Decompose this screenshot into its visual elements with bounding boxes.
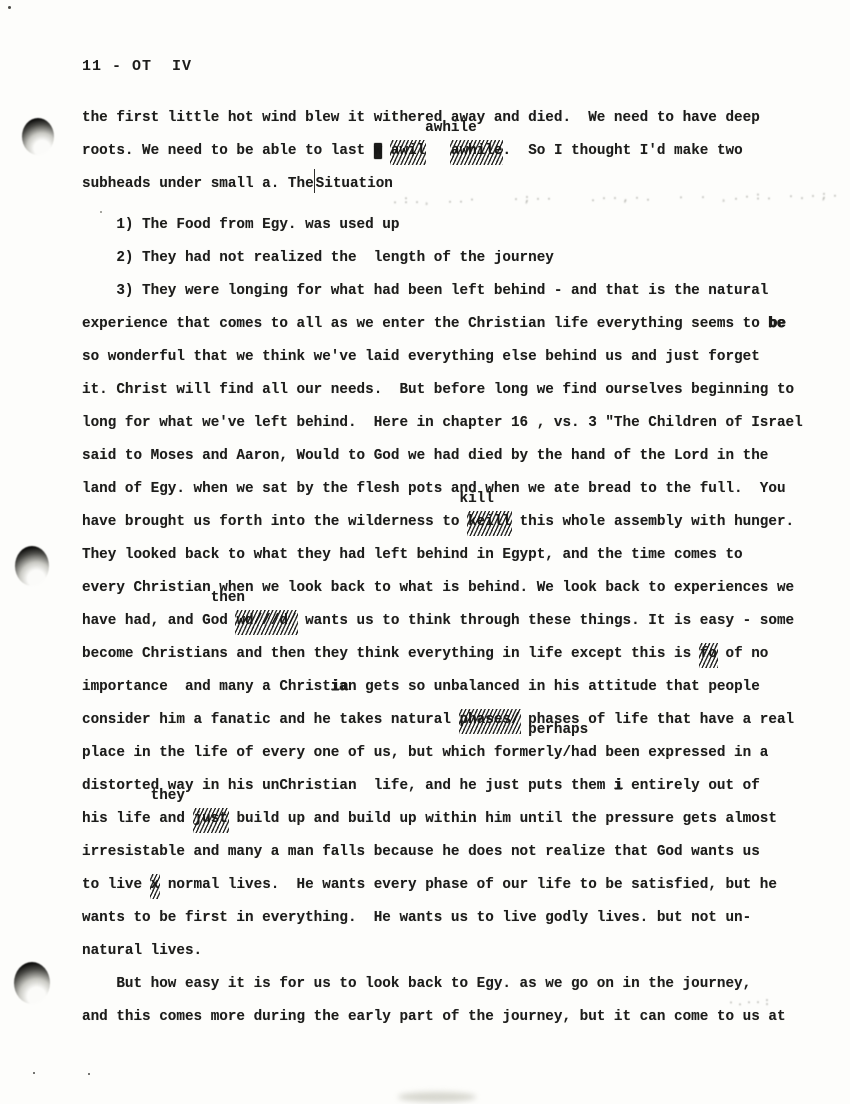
text-run: experience that comes to all as we enter… xyxy=(82,316,768,332)
interlinear-insertion: then xyxy=(211,590,245,606)
pencil-smudge: ·.··: xyxy=(728,998,773,1009)
paper-speck xyxy=(8,6,11,9)
corrected-text: awhile xyxy=(451,135,502,168)
binder-hole-shadow xyxy=(15,546,49,586)
text-line: thenhave had, and God wd///d/ wants us t… xyxy=(82,605,810,638)
text-line: They looked back to what they had left b… xyxy=(82,539,810,572)
text-run: importance and many a Christ xyxy=(82,679,331,695)
corrected-text: ia xyxy=(331,679,348,695)
text-line: 3) They were longing for what had been l… xyxy=(82,275,810,308)
text-run: They looked back to what they had left b… xyxy=(82,547,743,563)
text-run xyxy=(425,143,451,159)
corrected-text: x xyxy=(151,869,160,902)
corrected-text: awil xyxy=(391,135,425,168)
corrected-text: wd///d/ xyxy=(236,605,296,638)
interlinear-insertion: they xyxy=(151,788,185,804)
text-run: said to Moses and Aaron, Would to God we… xyxy=(82,448,768,464)
text-line: become Christians and then they think ev… xyxy=(82,638,810,671)
text-run: But how easy it is for us to look back t… xyxy=(82,976,751,992)
text-run: become Christians and then they think ev… xyxy=(82,646,700,662)
text-line: distorted way in his unChristian life, a… xyxy=(82,770,810,803)
text-line: long for what we've left behind. Here in… xyxy=(82,407,810,440)
text-run: the first little hot wind blew it wither… xyxy=(82,110,760,126)
text-line: said to Moses and Aaron, Would to God we… xyxy=(82,440,810,473)
text-line: 2) They had not realized the length of t… xyxy=(82,242,810,275)
paper-speck xyxy=(100,211,102,213)
text-line: wants to be first in everything. He want… xyxy=(82,902,810,935)
text-line: consider him a fanatic and he takes natu… xyxy=(82,704,810,737)
interlinear-insertion: perhaps xyxy=(528,722,588,738)
text-line: experience that comes to all as we enter… xyxy=(82,308,810,341)
corrected-text: i xyxy=(614,778,623,794)
paper-speck xyxy=(88,1073,90,1075)
scanned-page: 11 - OT IV the first little hot wind ble… xyxy=(0,0,850,1104)
text-line: perhapsplace in the life of every one of… xyxy=(82,737,810,770)
text-line: so wonderful that we think we've laid ev… xyxy=(82,341,810,374)
text-line: and this comes more during the early par… xyxy=(82,1001,810,1034)
text-run: subheads under small a. The xyxy=(82,176,314,192)
text-line: natural lives. xyxy=(82,935,810,968)
text-run: of no xyxy=(717,646,768,662)
text-run: this whole assembly with hunger. xyxy=(511,514,794,530)
text-run: Situation xyxy=(316,176,393,192)
text-line: it. Christ will find all our needs. But … xyxy=(82,374,810,407)
text-line: land of Egy. when we sat by the flesh po… xyxy=(82,473,810,506)
text-run: wants to be first in everything. He want… xyxy=(82,910,751,926)
text-run: . So I thought I'd make two xyxy=(502,143,742,159)
text-line: to live x normal lives. He wants every p… xyxy=(82,869,810,902)
text-run: every Christian when we look back to wha… xyxy=(82,580,794,596)
text-run: 3) They were longing for what had been l… xyxy=(82,283,768,299)
text-line: theyhis life and just build up and build… xyxy=(82,803,810,836)
page-header: 11 - OT IV xyxy=(82,58,192,75)
text-run: consider him a fanatic and he takes natu… xyxy=(82,712,460,728)
text-run: 2) They had not realized the length of t… xyxy=(82,250,554,266)
binder-hole-shadow xyxy=(14,962,50,1004)
corrected-text: fo xyxy=(700,638,717,671)
text-run: to live xyxy=(82,877,151,893)
text-line: every Christian when we look back to wha… xyxy=(82,572,810,605)
text-run: long for what we've left behind. Here in… xyxy=(82,415,803,431)
corrected-text: just xyxy=(194,803,228,836)
binder-hole-shadow xyxy=(22,118,54,155)
text-run: normal lives. He wants every phase of ou… xyxy=(159,877,777,893)
text-line: killhave brought us forth into the wilde… xyxy=(82,506,810,539)
interlinear-insertion: kill xyxy=(459,491,493,507)
text-line: importance and many a Christian gets so … xyxy=(82,671,810,704)
interlinear-insertion: awhile xyxy=(425,120,476,136)
text-run: it. Christ will find all our needs. But … xyxy=(82,382,794,398)
corrected-text: be xyxy=(768,316,785,332)
text-line: awhileroots. We need to be able to last … xyxy=(82,135,810,168)
paper-speck xyxy=(33,1072,35,1074)
text-run: have had, and God xyxy=(82,613,236,629)
corrected-text: keill xyxy=(468,506,511,539)
text-run: 1) The Food from Egy. was used up xyxy=(82,217,399,233)
text-run: his life and xyxy=(82,811,194,827)
text-run: natural lives. xyxy=(82,943,202,959)
corrected-text: phases/ xyxy=(460,704,520,737)
text-line: irresistable and many a man falls becaus… xyxy=(82,836,810,869)
text-line: But how easy it is for us to look back t… xyxy=(82,968,810,1001)
text-run: land of Egy. when we sat by the flesh po… xyxy=(82,481,786,497)
text-run: have brought us forth into the wildernes… xyxy=(82,514,468,530)
text-line: 1) The Food from Egy. was used up xyxy=(82,209,810,242)
typed-body: the first little hot wind blew it wither… xyxy=(82,102,810,1034)
text-run: and this comes more during the early par… xyxy=(82,1009,786,1025)
text-run: roots. We need to be able to last xyxy=(82,143,374,159)
text-run: so wonderful that we think we've laid ev… xyxy=(82,349,760,365)
text-run: wants us to think through these things. … xyxy=(297,613,795,629)
paper-smudge xyxy=(398,1092,476,1102)
text-run: irresistable and many a man falls becaus… xyxy=(82,844,760,860)
text-run: build up and build up within him until t… xyxy=(228,811,777,827)
text-run: n gets so unbalanced in his attitude tha… xyxy=(348,679,760,695)
text-run: entirely out of xyxy=(623,778,760,794)
text-run: place in the life of every one of us, bu… xyxy=(82,745,768,761)
